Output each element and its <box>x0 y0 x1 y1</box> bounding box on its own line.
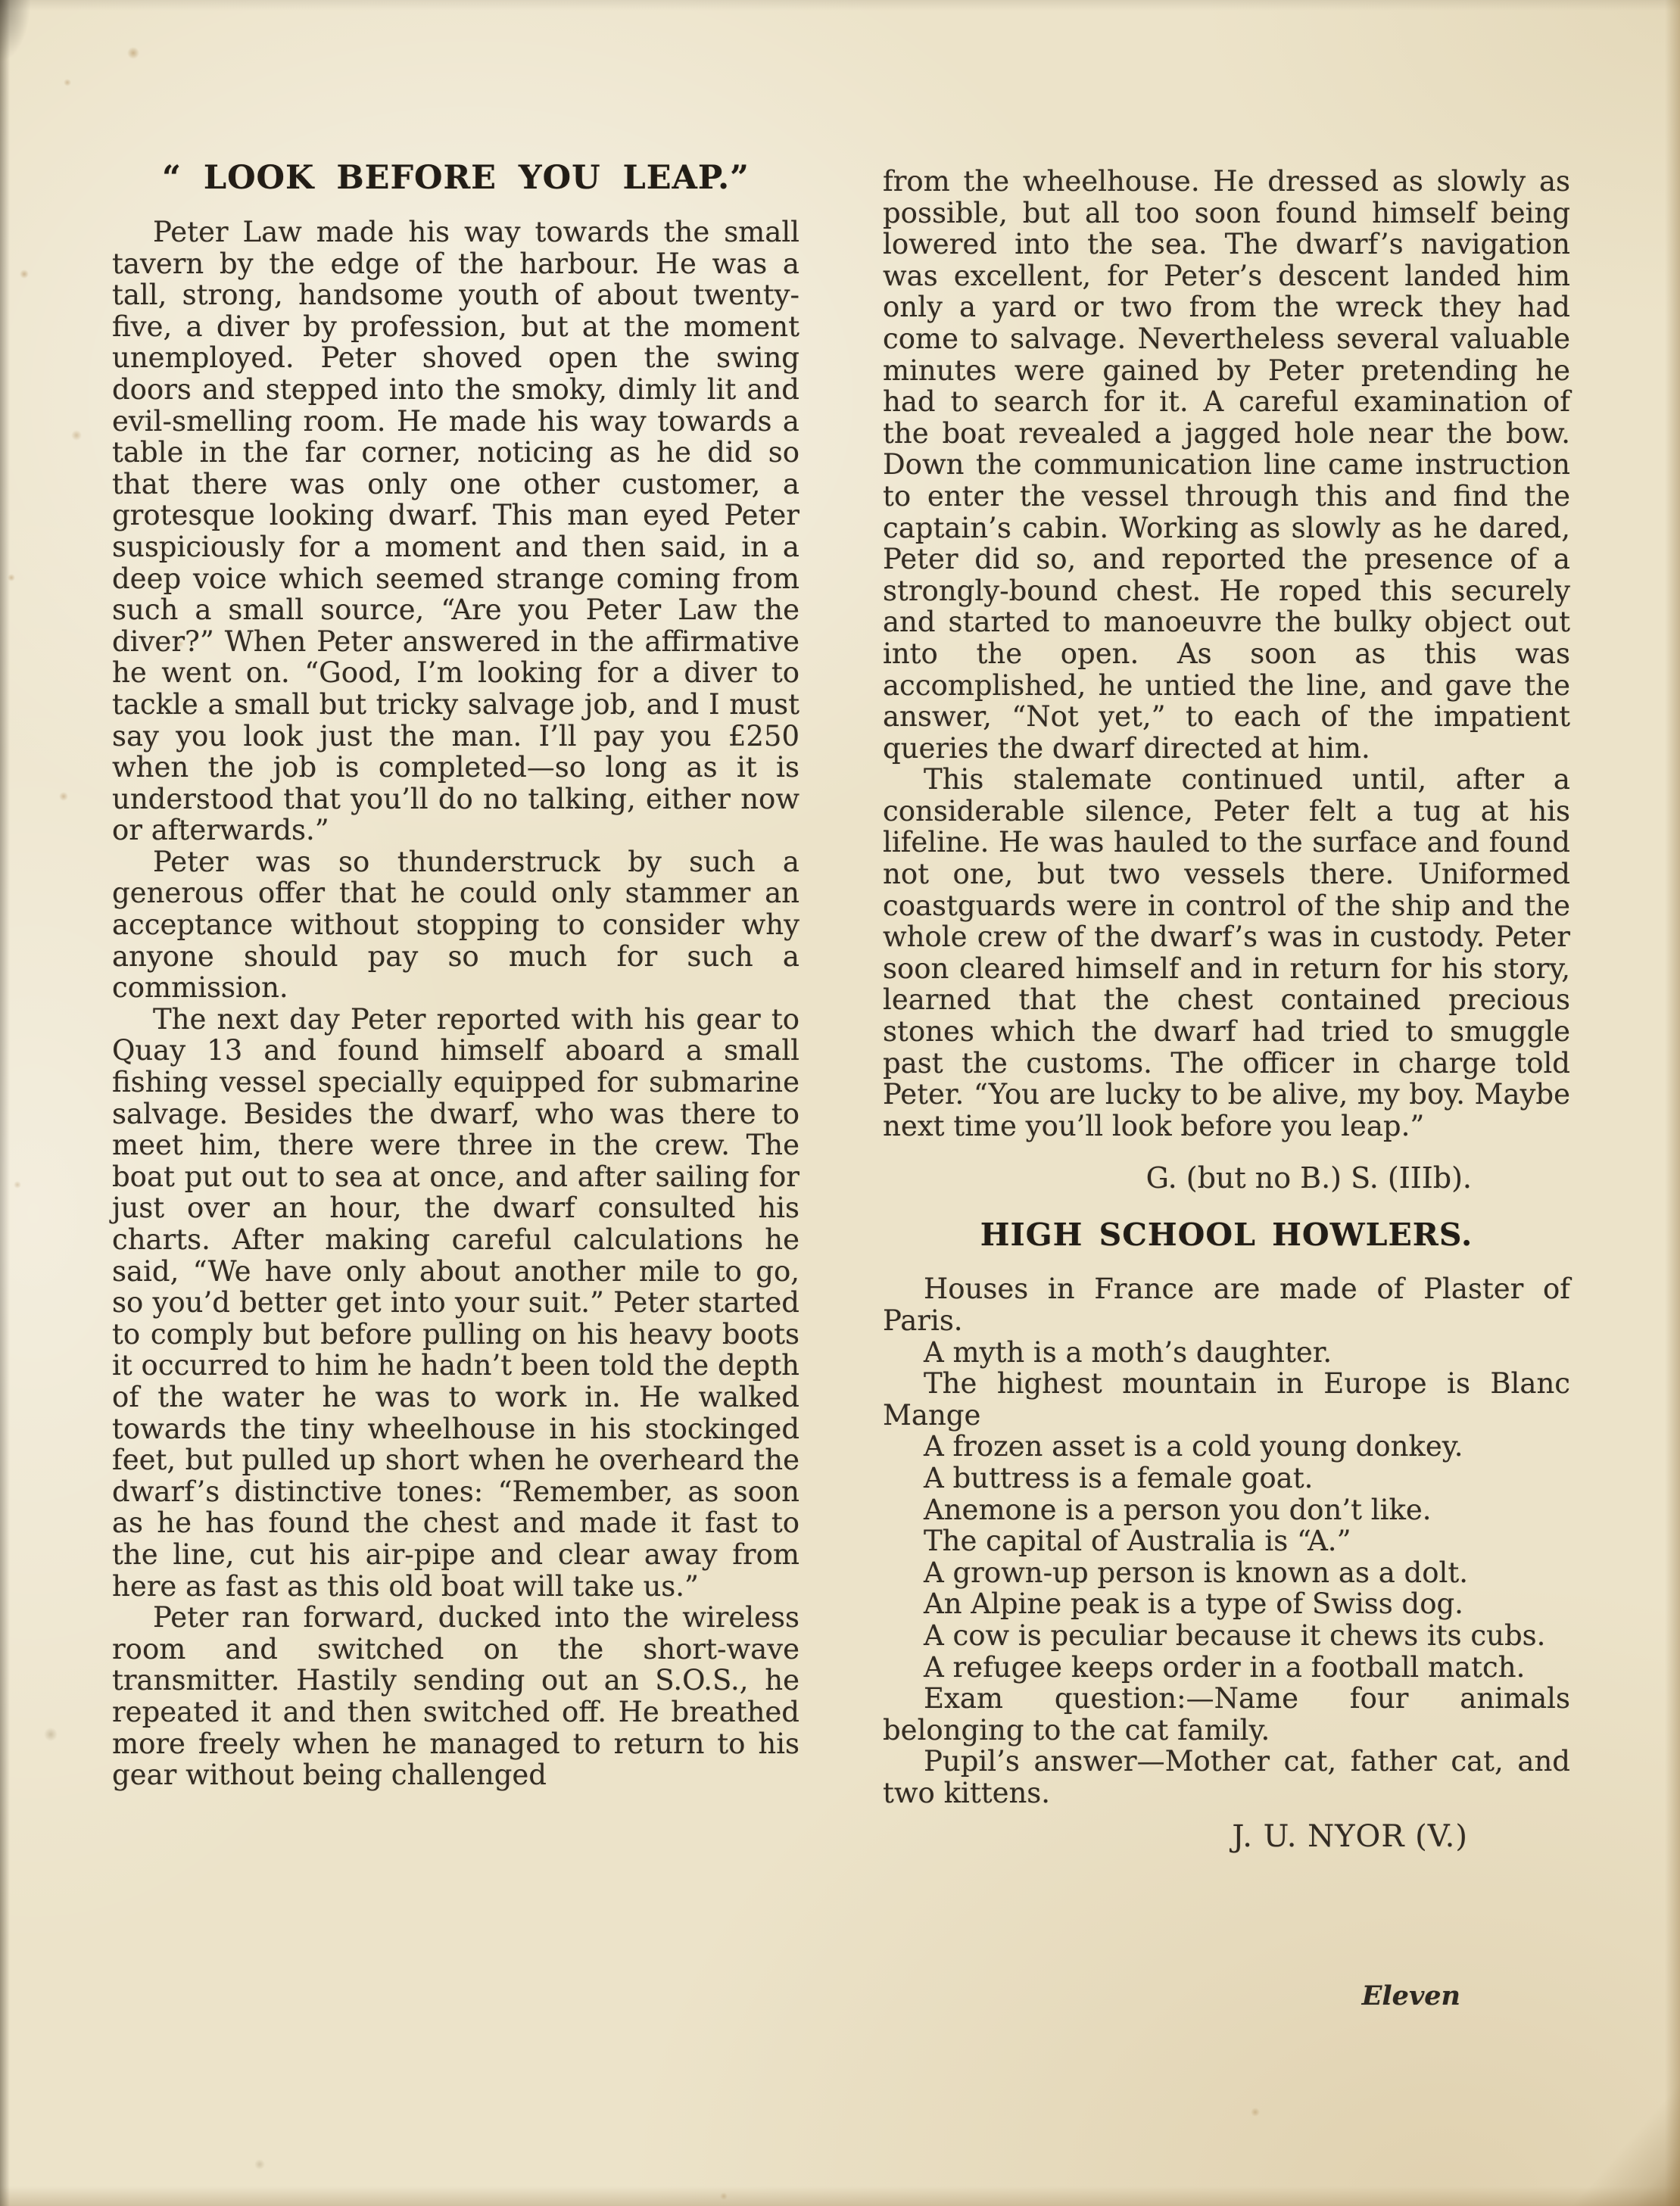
howler-item-6: Anemone is a person you don’t like. <box>883 1494 1570 1526</box>
howler-item-8: A grown-up person is known as a dolt. <box>883 1557 1570 1589</box>
story-paragraph-3: The next day Peter reported with his gea… <box>112 1004 799 1602</box>
story-byline: G. (but no B.) S. (IIIb). <box>883 1161 1570 1195</box>
howler-item-2: A myth is a moth’s daughter. <box>883 1337 1570 1369</box>
howler-item-3: The highest mountain in Europe is Blanc … <box>883 1368 1570 1431</box>
story-paragraph-5-continuation: from the wheelhouse. He dressed as slowl… <box>883 166 1570 764</box>
howler-item-1: Houses in France are made of Plaster of … <box>883 1273 1570 1336</box>
story-paragraph-2: Peter was so thunderstruck by such a gen… <box>112 846 799 1004</box>
right-column: from the wheelhouse. He dressed as slowl… <box>883 166 1570 1853</box>
howler-item-10: A cow is peculiar because it chews its c… <box>883 1620 1570 1652</box>
howler-item-5: A buttress is a female goat. <box>883 1463 1570 1494</box>
howler-item-11: A refugee keeps order in a football matc… <box>883 1652 1570 1684</box>
page-corner-wear-bottom-right <box>1566 2077 1680 2206</box>
howlers-heading: HIGH SCHOOL HOWLERS. <box>883 1217 1570 1252</box>
story-paragraph-6: This stalemate continued until, after a … <box>883 764 1570 1142</box>
page-corner-wear-top-left <box>0 0 30 61</box>
howlers-byline: J. U. NYOR (V.) <box>883 1820 1570 1853</box>
howler-item-7: The capital of Australia is “A.” <box>883 1525 1570 1557</box>
story-title: “ LOOK BEFORE YOU LEAP.” <box>112 159 799 197</box>
left-column: “ LOOK BEFORE YOU LEAP.” Peter Law made … <box>112 159 799 1791</box>
story-paragraph-4: Peter ran forward, ducked into the wirel… <box>112 1602 799 1791</box>
howler-item-4: A frozen asset is a cold young donkey. <box>883 1431 1570 1463</box>
howler-item-12: Exam question:—Name four animals belongi… <box>883 1683 1570 1746</box>
story-paragraph-1: Peter Law made his way towards the small… <box>112 217 799 846</box>
page-number: Eleven <box>1362 1980 1460 2011</box>
howler-item-13: Pupil’s answer—Mother cat, father cat, a… <box>883 1746 1570 1809</box>
howler-item-9: An Alpine peak is a type of Swiss dog. <box>883 1588 1570 1620</box>
scanned-magazine-page: “ LOOK BEFORE YOU LEAP.” Peter Law made … <box>0 0 1680 2206</box>
